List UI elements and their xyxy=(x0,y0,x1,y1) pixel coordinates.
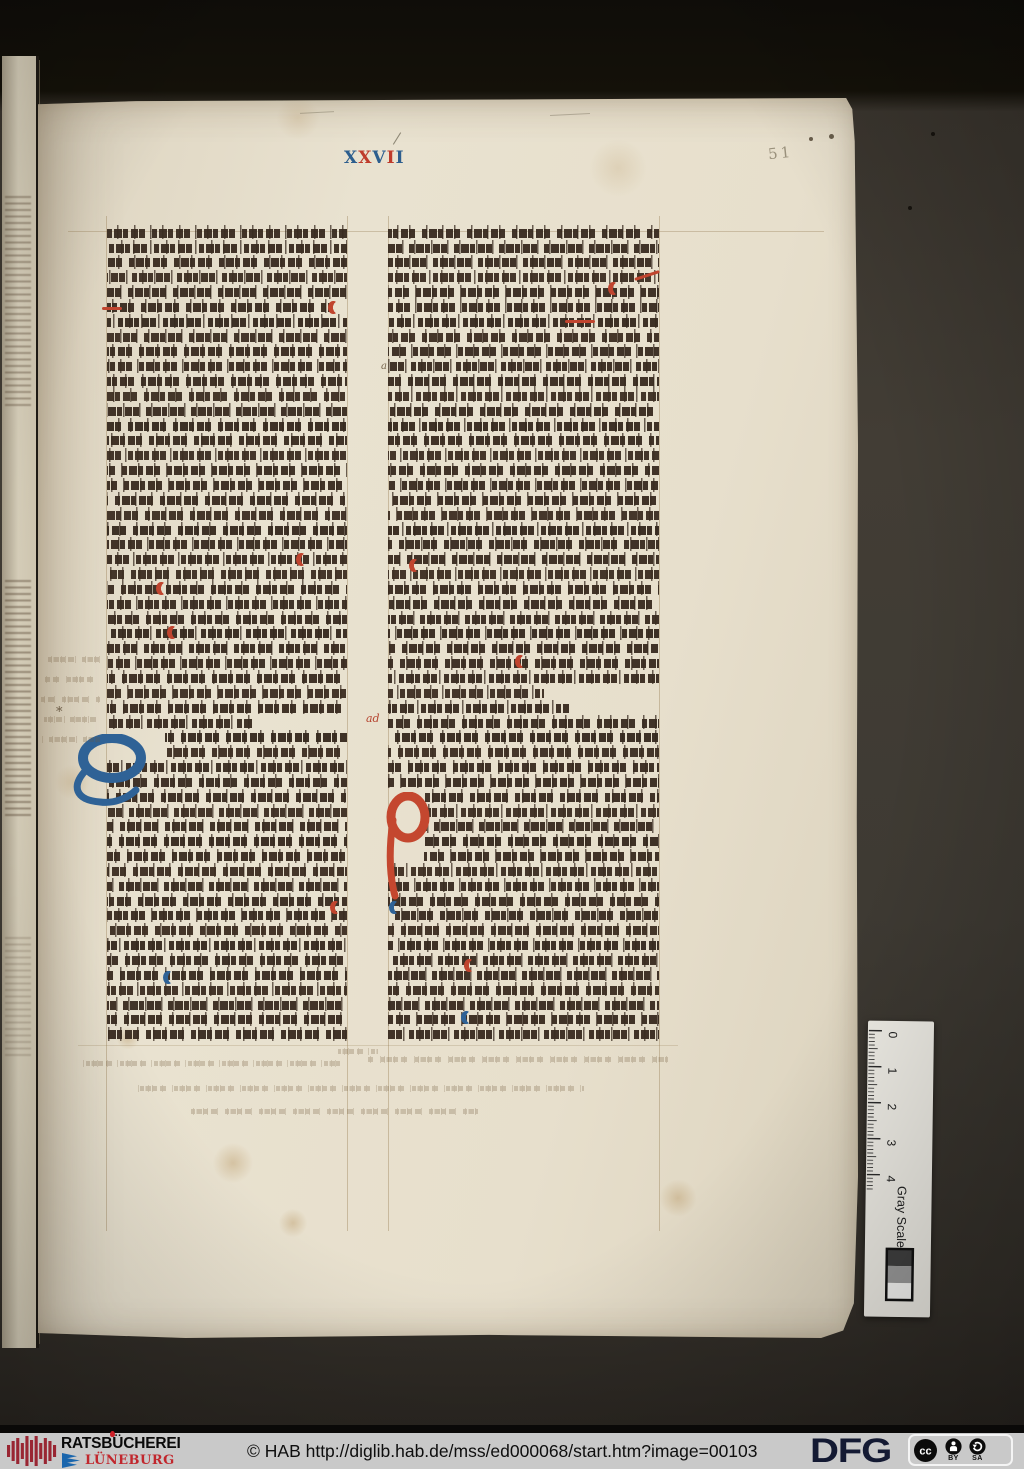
blue-paraph-mark xyxy=(461,1011,471,1024)
manuscript-text-line xyxy=(107,581,347,596)
manuscript-text-line xyxy=(388,344,659,359)
manuscript-text-line xyxy=(388,611,659,626)
heading-letter: V xyxy=(372,148,386,168)
manuscript-text-line xyxy=(107,255,347,270)
manuscript-text-line xyxy=(388,952,659,967)
bleed-through-text xyxy=(5,196,31,406)
red-paraph-mark xyxy=(464,959,474,972)
ruler-tick-label: 1 xyxy=(885,1067,899,1074)
manuscript-text-line xyxy=(107,314,347,329)
manuscript-text-line xyxy=(107,1012,347,1027)
logo-bar xyxy=(30,1440,33,1462)
red-paraph-mark xyxy=(156,582,166,595)
manuscript-text-line xyxy=(424,789,659,804)
faint-marginal-annotation xyxy=(42,654,100,663)
manuscript-text-line xyxy=(107,329,347,344)
manuscript-text-line xyxy=(107,878,347,893)
faint-marginal-annotation xyxy=(80,1058,340,1067)
manuscript-text-line xyxy=(165,730,347,745)
manuscript-text-line xyxy=(388,745,659,760)
manuscript-text-line xyxy=(388,566,659,581)
manuscript-text-line xyxy=(388,373,659,388)
red-paraph-mark xyxy=(296,553,306,566)
manuscript-text-line xyxy=(388,240,659,255)
ruling-line-vertical xyxy=(659,216,660,1231)
manuscript-text-line xyxy=(107,225,347,240)
manuscript-text-line xyxy=(165,745,347,760)
manuscript-text-line xyxy=(107,433,347,448)
manuscript-text-line xyxy=(107,982,347,997)
logo-bar xyxy=(53,1445,56,1457)
manuscript-text-line xyxy=(388,982,659,997)
manuscript-text-line xyxy=(388,700,569,715)
library-brand: RATSBÜCHEREI LÜNEBURG xyxy=(61,1435,181,1468)
manuscript-text-line xyxy=(388,433,659,448)
manuscript-text-line xyxy=(388,581,659,596)
pencil-mark xyxy=(550,113,590,116)
manuscript-text-line xyxy=(107,359,347,374)
manuscript-text-line xyxy=(388,507,659,522)
manuscript-text-line xyxy=(107,566,347,581)
ruler-tick-label: 4 xyxy=(884,1175,898,1182)
logo-bar xyxy=(35,1436,38,1466)
manuscript-text-line xyxy=(107,655,347,670)
ratsbuecherei-logo-mark xyxy=(5,1435,57,1467)
manuscript-text-line xyxy=(388,670,659,685)
svg-text:cc: cc xyxy=(919,1445,931,1457)
logo-bar xyxy=(25,1436,28,1466)
manuscript-text-line xyxy=(107,700,347,715)
manuscript-text-line xyxy=(107,537,347,552)
dfg-logo: DFG xyxy=(810,1432,891,1469)
manuscript-text-line xyxy=(388,967,659,982)
manuscript-text-line xyxy=(107,611,347,626)
manuscript-text-line xyxy=(388,463,659,478)
text-column-right xyxy=(388,225,659,1041)
manuscript-text-line xyxy=(107,418,347,433)
manuscript-text-line xyxy=(424,819,659,834)
manuscript-text-line xyxy=(107,626,347,641)
manuscript-text-line xyxy=(388,403,659,418)
logo-bar xyxy=(48,1441,51,1461)
pencil-mark xyxy=(393,132,401,144)
foxing-stain xyxy=(273,1203,313,1243)
foxing-stain xyxy=(578,128,658,208)
wave-chevron-icon xyxy=(61,1453,83,1468)
ink-speck xyxy=(809,137,813,141)
manuscript-text-line xyxy=(107,344,347,359)
page-heading: XXVII xyxy=(344,148,405,168)
ruling-line-horizontal xyxy=(78,1045,678,1046)
manuscript-text-line xyxy=(388,1012,659,1027)
margin-note: ad xyxy=(366,713,380,724)
red-dash-mark xyxy=(565,320,595,323)
manuscript-text-line xyxy=(107,834,347,849)
ruling-line-vertical xyxy=(347,216,348,1231)
manuscript-text-line xyxy=(388,299,659,314)
manuscript-text-line xyxy=(107,863,347,878)
faint-marginal-annotation xyxy=(44,674,98,683)
manuscript-text-line xyxy=(107,284,347,299)
logo-bar xyxy=(21,1443,24,1459)
faint-marginal-annotation xyxy=(42,734,100,743)
manuscript-text-line xyxy=(388,596,659,611)
ruler-tick-label: 2 xyxy=(885,1103,899,1110)
grayscale-ruler-card: Gray Scale 01234 xyxy=(864,1021,934,1318)
gray-patch-dark xyxy=(887,1249,913,1266)
faint-marginal-annotation xyxy=(338,1046,378,1055)
manuscript-text-line xyxy=(388,715,659,730)
manuscript-text-line xyxy=(388,492,659,507)
manuscript-text-line xyxy=(388,284,659,299)
manuscript-text-line xyxy=(388,908,659,923)
dust-speck xyxy=(931,132,935,136)
gray-patch-mid xyxy=(886,1266,912,1283)
manuscript-text-line xyxy=(388,314,659,329)
manuscript-text-line xyxy=(388,225,659,240)
red-paraph-mark xyxy=(167,626,177,639)
manuscript-text-line xyxy=(388,923,659,938)
library-city: LÜNEBURG xyxy=(85,1453,175,1468)
red-paraph-mark xyxy=(515,655,525,668)
manuscript-text-line xyxy=(388,641,659,656)
text-column-left xyxy=(107,225,347,1041)
manuscript-text-line xyxy=(388,1027,659,1042)
manuscript-text-line xyxy=(388,255,659,270)
manuscript-text-line xyxy=(107,596,347,611)
manuscript-text-line xyxy=(107,477,347,492)
copyright-text: © HAB http://diglib.hab.de/mss/ed000068/… xyxy=(247,1441,758,1462)
folio-number: 51 xyxy=(767,143,794,164)
manuscript-text-line xyxy=(107,552,347,567)
manuscript-text-line xyxy=(388,329,659,344)
faint-marginal-annotation xyxy=(368,1054,668,1063)
manuscript-text-line xyxy=(107,507,347,522)
logo-bar xyxy=(7,1445,10,1457)
manuscript-text-line xyxy=(388,759,659,774)
manuscript-text-line xyxy=(424,834,659,849)
manuscript-text-line xyxy=(107,715,252,730)
manuscript-text-line xyxy=(388,997,659,1012)
manuscript-text-line xyxy=(388,388,659,403)
faint-marginal-annotation xyxy=(134,1083,584,1092)
library-name: RATSBÜCHEREI xyxy=(61,1435,181,1453)
ruler-tick-label: 0 xyxy=(886,1031,900,1038)
heading-letter: X xyxy=(344,148,358,168)
manuscript-text-line xyxy=(107,848,347,863)
manuscript-text-line xyxy=(388,774,659,789)
manuscript-text-line xyxy=(107,923,347,938)
blue-paraph-mark xyxy=(389,901,399,914)
manuscript-text-line xyxy=(388,477,659,492)
sa-label: SA xyxy=(972,1455,983,1462)
cc-icon: cc xyxy=(913,1438,938,1463)
manuscript-text-line xyxy=(388,448,659,463)
manuscript-text-line xyxy=(107,388,347,403)
manuscript-text-line xyxy=(107,819,347,834)
red-umlaut-dot xyxy=(110,1431,115,1437)
red-paraph-mark xyxy=(330,901,340,914)
ruler-tick-label: 3 xyxy=(884,1139,898,1146)
bleed-through-text xyxy=(5,576,31,816)
bleed-through-text xyxy=(5,936,31,1056)
red-paraph-mark xyxy=(608,282,618,295)
manuscript-text-line xyxy=(107,463,347,478)
manuscript-text-line xyxy=(107,893,347,908)
logo-bar xyxy=(16,1438,19,1464)
logo-bar xyxy=(39,1443,42,1459)
red-paraph-mark xyxy=(409,559,419,572)
heading-letter: X xyxy=(358,148,372,168)
manuscript-text-line xyxy=(107,1027,347,1042)
dust-speck xyxy=(908,206,912,210)
manuscript-text-line xyxy=(388,685,544,700)
manuscript-text-line xyxy=(424,848,659,863)
heading-letter: I xyxy=(396,148,405,168)
logo-bar xyxy=(12,1441,15,1461)
by-label: BY xyxy=(948,1455,959,1462)
manuscript-text-line xyxy=(388,418,659,433)
manuscript-text-line xyxy=(107,967,347,982)
manuscript-text-line xyxy=(107,299,333,314)
manuscript-text-line xyxy=(107,997,347,1012)
faint-marginal-annotation xyxy=(188,1106,478,1115)
red-paraph-mark xyxy=(328,301,338,314)
margin-note: a xyxy=(381,362,387,372)
pencil-mark xyxy=(300,111,334,114)
by-person-icon xyxy=(945,1438,962,1455)
red-dash-mark xyxy=(102,307,122,310)
manuscript-page: XXVII 51 ada* xyxy=(38,98,858,1338)
manuscript-text-line xyxy=(388,730,659,745)
facing-page-edge xyxy=(2,56,38,1348)
manuscript-text-line xyxy=(107,641,347,656)
manuscript-text-line xyxy=(107,938,347,953)
manuscript-text-line xyxy=(107,373,347,388)
manuscript-text-line xyxy=(107,908,347,923)
foxing-stain xyxy=(268,88,328,148)
manuscript-text-line xyxy=(107,685,347,700)
heading-letter: I xyxy=(387,148,396,168)
faint-marginal-annotation xyxy=(41,694,101,703)
manuscript-text-line xyxy=(107,492,347,507)
blue-paraph-mark xyxy=(163,971,173,984)
sa-arrow-icon xyxy=(969,1438,986,1455)
manuscript-text-line xyxy=(107,240,347,255)
manuscript-text-line xyxy=(388,626,659,641)
manuscript-text-line xyxy=(107,403,347,418)
initial-q-red xyxy=(382,792,432,904)
gray-patch-white xyxy=(886,1283,912,1300)
manuscript-text-line xyxy=(107,670,347,685)
manuscript-text-line xyxy=(107,952,347,967)
manuscript-text-line xyxy=(107,522,347,537)
footer-bar: RATSBÜCHEREI LÜNEBURG © HAB http://digli… xyxy=(0,1433,1024,1469)
digitized-manuscript-photo: XXVII 51 ada* Gray Scale xyxy=(0,0,1024,1469)
faint-marginal-annotation xyxy=(44,714,96,723)
initial-q-blue xyxy=(66,734,152,810)
manuscript-text-line xyxy=(388,522,659,537)
manuscript-text-line xyxy=(388,552,659,567)
manuscript-text-line xyxy=(107,270,347,285)
foxing-stain xyxy=(205,1135,261,1191)
library-name-text: RATSBÜCHEREI xyxy=(61,1435,181,1452)
manuscript-text-line xyxy=(388,938,659,953)
manuscript-text-line xyxy=(388,359,659,374)
gray-scale-label: Gray Scale xyxy=(894,1186,909,1248)
ink-speck xyxy=(829,134,834,139)
grayscale-ruler: Gray Scale 01234 xyxy=(864,1021,934,1318)
manuscript-text-line xyxy=(107,448,347,463)
manuscript-text-line xyxy=(388,537,659,552)
manuscript-text-line xyxy=(424,804,659,819)
logo-bar xyxy=(44,1438,47,1464)
cc-license-badge: cc BY SA xyxy=(908,1434,1013,1466)
manuscript-text-line xyxy=(388,270,659,285)
